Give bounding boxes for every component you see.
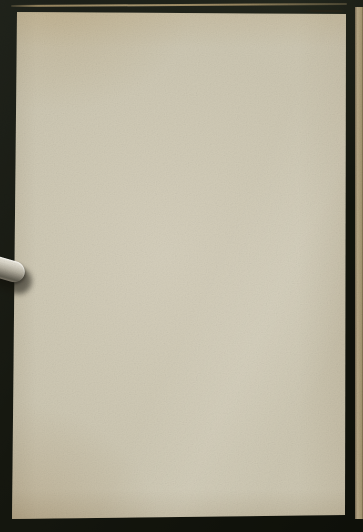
page-top-crease: [303, 10, 345, 13]
book-cover-edge: [11, 3, 347, 7]
book-scan: [0, 0, 363, 532]
blank-page: [0, 0, 363, 532]
next-page-edge: [355, 7, 363, 519]
